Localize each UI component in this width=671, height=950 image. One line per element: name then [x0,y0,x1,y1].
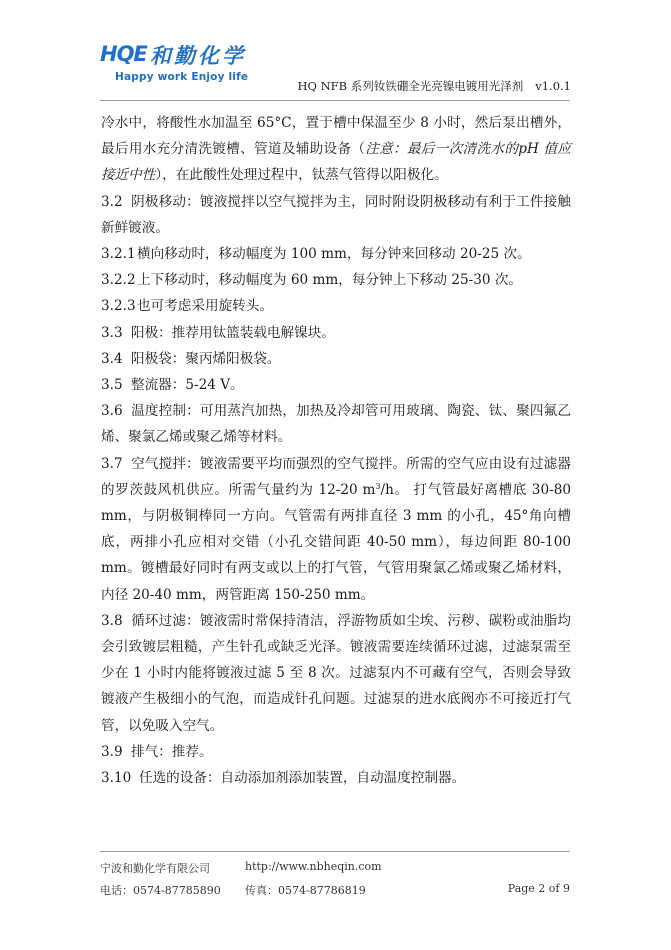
document-footer: 宁波和勤化学有限公司 http://www.nbheqin.com 电话：057… [100,860,570,904]
section-3-2-2: 3.2.2上下移动时，移动幅度为 60 mm，每分钟上下移动 25-30 次。 [101,267,571,293]
section-3-7: 3.7空气搅拌：镀液需要平均而强烈的空气搅拌。所需的空气应由设有过滤器的罗茨鼓风… [101,451,571,608]
company-logo: HQE 和勤化学 Happy work Enjoy life [100,40,270,92]
section-3-2-1: 3.2.1横向移动时，移动幅度为 100 mm，每分钟来回移动 20-25 次。 [101,241,571,267]
section-number: 3.6 [101,398,131,424]
header-divider [100,100,570,101]
section-number: 3.3 [101,320,131,346]
section-number: 3.4 [101,346,131,372]
logo-chinese-name: 和勤化学 [150,40,246,70]
logo-slogan: Happy work Enjoy life [115,71,248,83]
section-number: 3.10 [101,765,139,791]
section-number: 3.9 [101,739,131,765]
document-header-title: HQ NFB 系列钕铁硼全光亮镍电镀用光泽剂v1.0.1 [297,78,571,94]
footer-phone: 电话：0574-87785890 [100,882,221,898]
section-number: 3.2.2 [101,267,137,293]
section-3-5: 3.5整流器：5-24 V。 [101,372,571,398]
section-3-8: 3.8循环过滤：镀液需时常保持清洁，浮游物质如尘埃、污秽、碳粉或油脂均会引致镀层… [101,608,571,739]
doc-title: HQ NFB 系列钕铁硼全光亮镍电镀用光泽剂 [297,79,523,93]
section-3-2: 3.2阴极移动：镀液搅拌以空气搅拌为主，同时附设阴极移动有利于工件接触新鲜镀液。 [101,189,571,241]
paragraph-continued: 冷水中，将酸性水加温至 65°C，置于槽中保温至少 8 小时，然后泵出槽外，最后… [101,110,571,189]
footer-fax: 传真：0574-87786819 [245,882,366,898]
section-number: 3.2 [101,189,131,215]
section-number: 3.2.1 [101,241,137,267]
doc-version: v1.0.1 [535,79,571,93]
page-number: Page 2 of 9 [508,882,570,895]
section-3-9: 3.9排气：推荐。 [101,739,571,765]
footer-company: 宁波和勤化学有限公司 [100,860,210,876]
section-3-2-3: 3.2.3也可考虑采用旋转头。 [101,293,571,319]
section-3-3: 3.3阳极：推荐用钛篮装载电解镍块。 [101,320,571,346]
section-3-6: 3.6温度控制：可用蒸汽加热，加热及冷却管可用玻璃、陶瓷、钛、聚四氟乙烯、聚氯乙… [101,398,571,450]
document-page: HQE 和勤化学 Happy work Enjoy life HQ NFB 系列… [0,0,671,950]
section-number: 3.5 [101,372,131,398]
section-3-10: 3.10任选的设备：自动添加剂添加装置，自动温度控制器。 [101,765,571,791]
footer-website-link[interactable]: http://www.nbheqin.com [245,860,382,873]
section-number: 3.8 [101,608,131,634]
section-number: 3.2.3 [101,293,137,319]
document-body: 冷水中，将酸性水加温至 65°C，置于槽中保温至少 8 小时，然后泵出槽外，最后… [101,110,571,791]
section-3-4: 3.4阳极袋：聚丙烯阳极袋。 [101,346,571,372]
logo-mark-icon: HQE [100,42,147,66]
footer-divider [100,851,570,852]
section-number: 3.7 [101,451,131,477]
